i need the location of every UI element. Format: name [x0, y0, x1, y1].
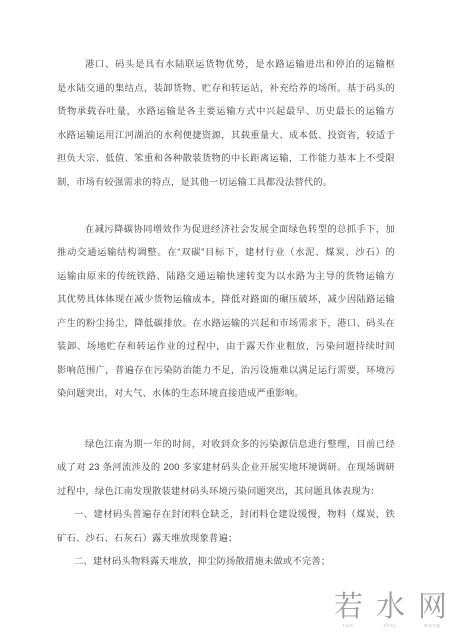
text-line: 过程中，绿色江南发现散装建材码头环境污染问题突出，其问题具体表现为：	[57, 480, 395, 504]
text-line: 装卸、场地贮存和转运作业的过程中，由于露天作业粗放，污染问题持续时间长、	[57, 335, 395, 359]
text-line: 影响范围广，普遍存在污染防治能力不足，治污设施难以满足运行需要，环境污	[57, 359, 395, 383]
text-line: 推动交通运输结构调整。在“双碳”目标下，建材行业（水泥、煤炭、沙石）的	[57, 241, 395, 265]
watermark-sub-label: ruo	[343, 623, 354, 629]
text-line: 二、建材码头物料露天堆放，抑尘防扬散措施未做或不完善；	[57, 550, 395, 574]
watermark-glyph: 网	[418, 592, 447, 622]
paragraph: 在减污降碳协同增效作为促进经济社会发展全面绿色转型的总抓手下，加快推动交通运输结…	[57, 218, 395, 406]
text-line: 港口、码头是具有水陆联运货物优势，是水路运输进出和停泊的运输枢纽，	[57, 53, 395, 77]
text-line: 染问题突出，对大气、水体的生态环境直接造成严重影响。	[57, 382, 395, 406]
text-line: 一、建材码头普遍存在封闭料仓缺乏，封闭料仓建设缓慢，物料（煤炭，铁	[57, 503, 395, 527]
watermark-sub-label: wang	[424, 623, 441, 629]
text-line: 是水陆交通的集结点，装卸货物、贮存和转运站，补充给养的场所。基于码头的	[57, 77, 395, 101]
text-line: 货物承载吞吐量，水路运输是各主要运输方式中兴起最早、历史最长的运输方式。	[57, 100, 395, 124]
text-line: 产生的粉尘扬尘，降低碳排放。在水路运输的兴起和市场需求下，港口、码头在	[57, 312, 395, 336]
article-body: 港口、码头是具有水陆联运货物优势，是水路运输进出和停泊的运输枢纽，是水陆交通的集…	[57, 53, 395, 574]
watermark-sub-label: shui	[383, 623, 397, 629]
list-item: 一、建材码头普遍存在封闭料仓缺乏，封闭料仓建设缓慢，物料（煤炭，铁矿石、沙石、石…	[57, 503, 395, 550]
paragraph: 港口、码头是具有水陆联运货物优势，是水路运输进出和停泊的运输枢纽，是水陆交通的集…	[57, 53, 395, 194]
text-line: 运输由原来的传统铁路、陆路交通运输快速转变为以水路为主导的货物运输方式，	[57, 265, 395, 289]
watermark-char: 水shui	[376, 592, 405, 629]
text-line: 水路运输运用江河湖泊的水利便捷资源，其载重量大、成本低、投资省，较适于	[57, 124, 395, 148]
text-line: 矿石、沙石、石灰石）露天堆放现象普遍；	[57, 527, 395, 551]
text-line: 绿色江南为期一年的时间，对收到众多的污染源信息进行整理，目前已经完	[57, 433, 395, 457]
watermark-glyph: 水	[376, 592, 405, 622]
list-item: 二、建材码头物料露天堆放，抑尘防扬散措施未做或不完善；	[57, 550, 395, 574]
text-line: 在减污降碳协同增效作为促进经济社会发展全面绿色转型的总抓手下，加快	[57, 218, 395, 242]
text-line: 担负大宗、低值、笨重和各种散装货物的中长距离运输，工作能力基本上不受限	[57, 147, 395, 171]
watermark-char: 若ruo	[334, 592, 363, 629]
text-line: 其优势具体体现在减少货物运输成本，降低对路面的碾压破坏，减少因陆路运输	[57, 288, 395, 312]
text-line: 制，市场有较强需求的特点，是其他一切运输工具都没法替代的。	[57, 171, 395, 195]
watermark: 若ruo水shui网wang	[334, 592, 447, 629]
watermark-char: 网wang	[418, 592, 447, 629]
watermark-glyph: 若	[334, 592, 363, 622]
document-page: 港口、码头是具有水陆联运货物优势，是水路运输进出和停泊的运输枢纽，是水陆交通的集…	[0, 0, 450, 636]
paragraph: 绿色江南为期一年的时间，对收到众多的污染源信息进行整理，目前已经完成了对 23 …	[57, 433, 395, 504]
text-line: 成了对 23 条河流涉及的 200 多家建材码头企业开展实地环境调研。在现场调研	[57, 456, 395, 480]
